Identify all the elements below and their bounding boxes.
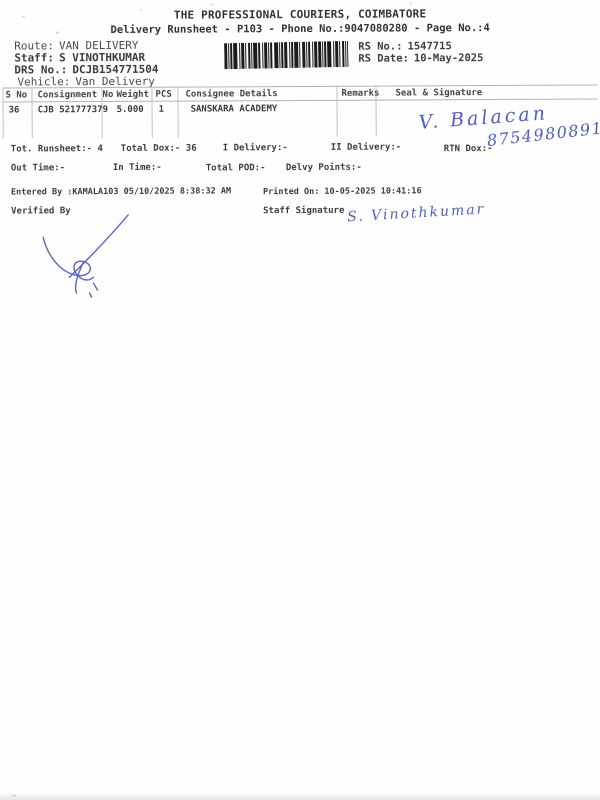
col-header-consignment: Consignment No [37, 90, 113, 100]
row-weight: 5.000 [117, 105, 144, 115]
table-column-divider [31, 87, 32, 138]
total-dox-label: Total Dox:- [121, 144, 181, 154]
verified-by-signature-mark [31, 213, 146, 299]
col-header-seal: Seal & Signature [395, 88, 482, 98]
rs-no-value: 1547715 [407, 40, 451, 52]
table-column-divider [2, 88, 3, 139]
ii-delivery-label: II Delivery:- [331, 142, 402, 152]
rtn-dox: RTN Dox:- [444, 144, 493, 154]
row-sno: 36 [9, 105, 20, 115]
tot-runsheet-value: 4 [97, 144, 102, 154]
row-pcs: 1 [159, 105, 164, 115]
document-body: THE PROFESSIONAL COURIERS, COIMBATORE De… [0, 0, 600, 800]
scan-speck [210, 3, 213, 5]
tot-runsheet: Tot. Runsheet:- 4 [11, 144, 103, 154]
rs-date-line: RS Date:10-May-2025 [358, 52, 483, 65]
scan-speck [140, 9, 142, 11]
rtn-dox-label: RTN Dox:- [444, 144, 493, 154]
total-dox-value: 36 [186, 144, 197, 154]
col-header-remarks: Remarks [341, 89, 379, 99]
scanned-delivery-runsheet: THE PROFESSIONAL COURIERS, COIMBATORE De… [0, 0, 600, 800]
i-delivery: I Delivery:- [223, 143, 288, 153]
col-header-sno: S No [5, 90, 27, 100]
rs-date-value: 10-May-2025 [414, 52, 484, 64]
scan-bottom-shadow [0, 793, 600, 800]
table-column-divider [151, 87, 152, 138]
table-column-divider [177, 87, 178, 138]
delvy-points-label: Delvy Points:- [286, 163, 362, 173]
row-consignment: CJB 521777379 [38, 105, 109, 115]
row-consignee: SANSKARA ACADEMY [191, 104, 278, 114]
col-header-consignee: Consignee Details [185, 89, 277, 99]
rs-no-line: RS No.:1547715 [358, 40, 452, 52]
out-time-label: Out Time:- [11, 163, 65, 173]
scan-speck [22, 15, 25, 17]
staff-signature-handwriting: S. Vinothkumar [347, 201, 486, 225]
col-header-weight: Weight [116, 90, 149, 100]
runsheet-subtitle: Delivery Runsheet - P103 - Phone No.:904… [0, 21, 600, 36]
tot-runsheet-label: Tot. Runsheet:- [11, 144, 92, 154]
total-pod-label: Total POD:- [206, 163, 266, 173]
rs-no-label: RS No.: [358, 40, 402, 52]
i-delivery-label: I Delivery:- [223, 143, 288, 153]
ii-delivery: II Delivery:- [331, 142, 402, 152]
staff-signature-label: Staff Signature [263, 206, 344, 216]
rs-date-label: RS Date: [358, 52, 409, 64]
scan-speck [410, 2, 412, 4]
in-time-label: In Time:- [113, 163, 162, 173]
entered-by: Entered By :KAMALA103 05/10/2025 8:38:32… [11, 186, 231, 197]
printed-on: Printed On: 10-05-2025 10:41:16 [263, 186, 422, 197]
scan-speck [56, 31, 59, 34]
col-header-pcs: PCS [155, 90, 171, 100]
barcode [224, 41, 348, 69]
company-title: THE PROFESSIONAL COURIERS, COIMBATORE [0, 6, 600, 22]
table-column-divider [336, 86, 337, 137]
